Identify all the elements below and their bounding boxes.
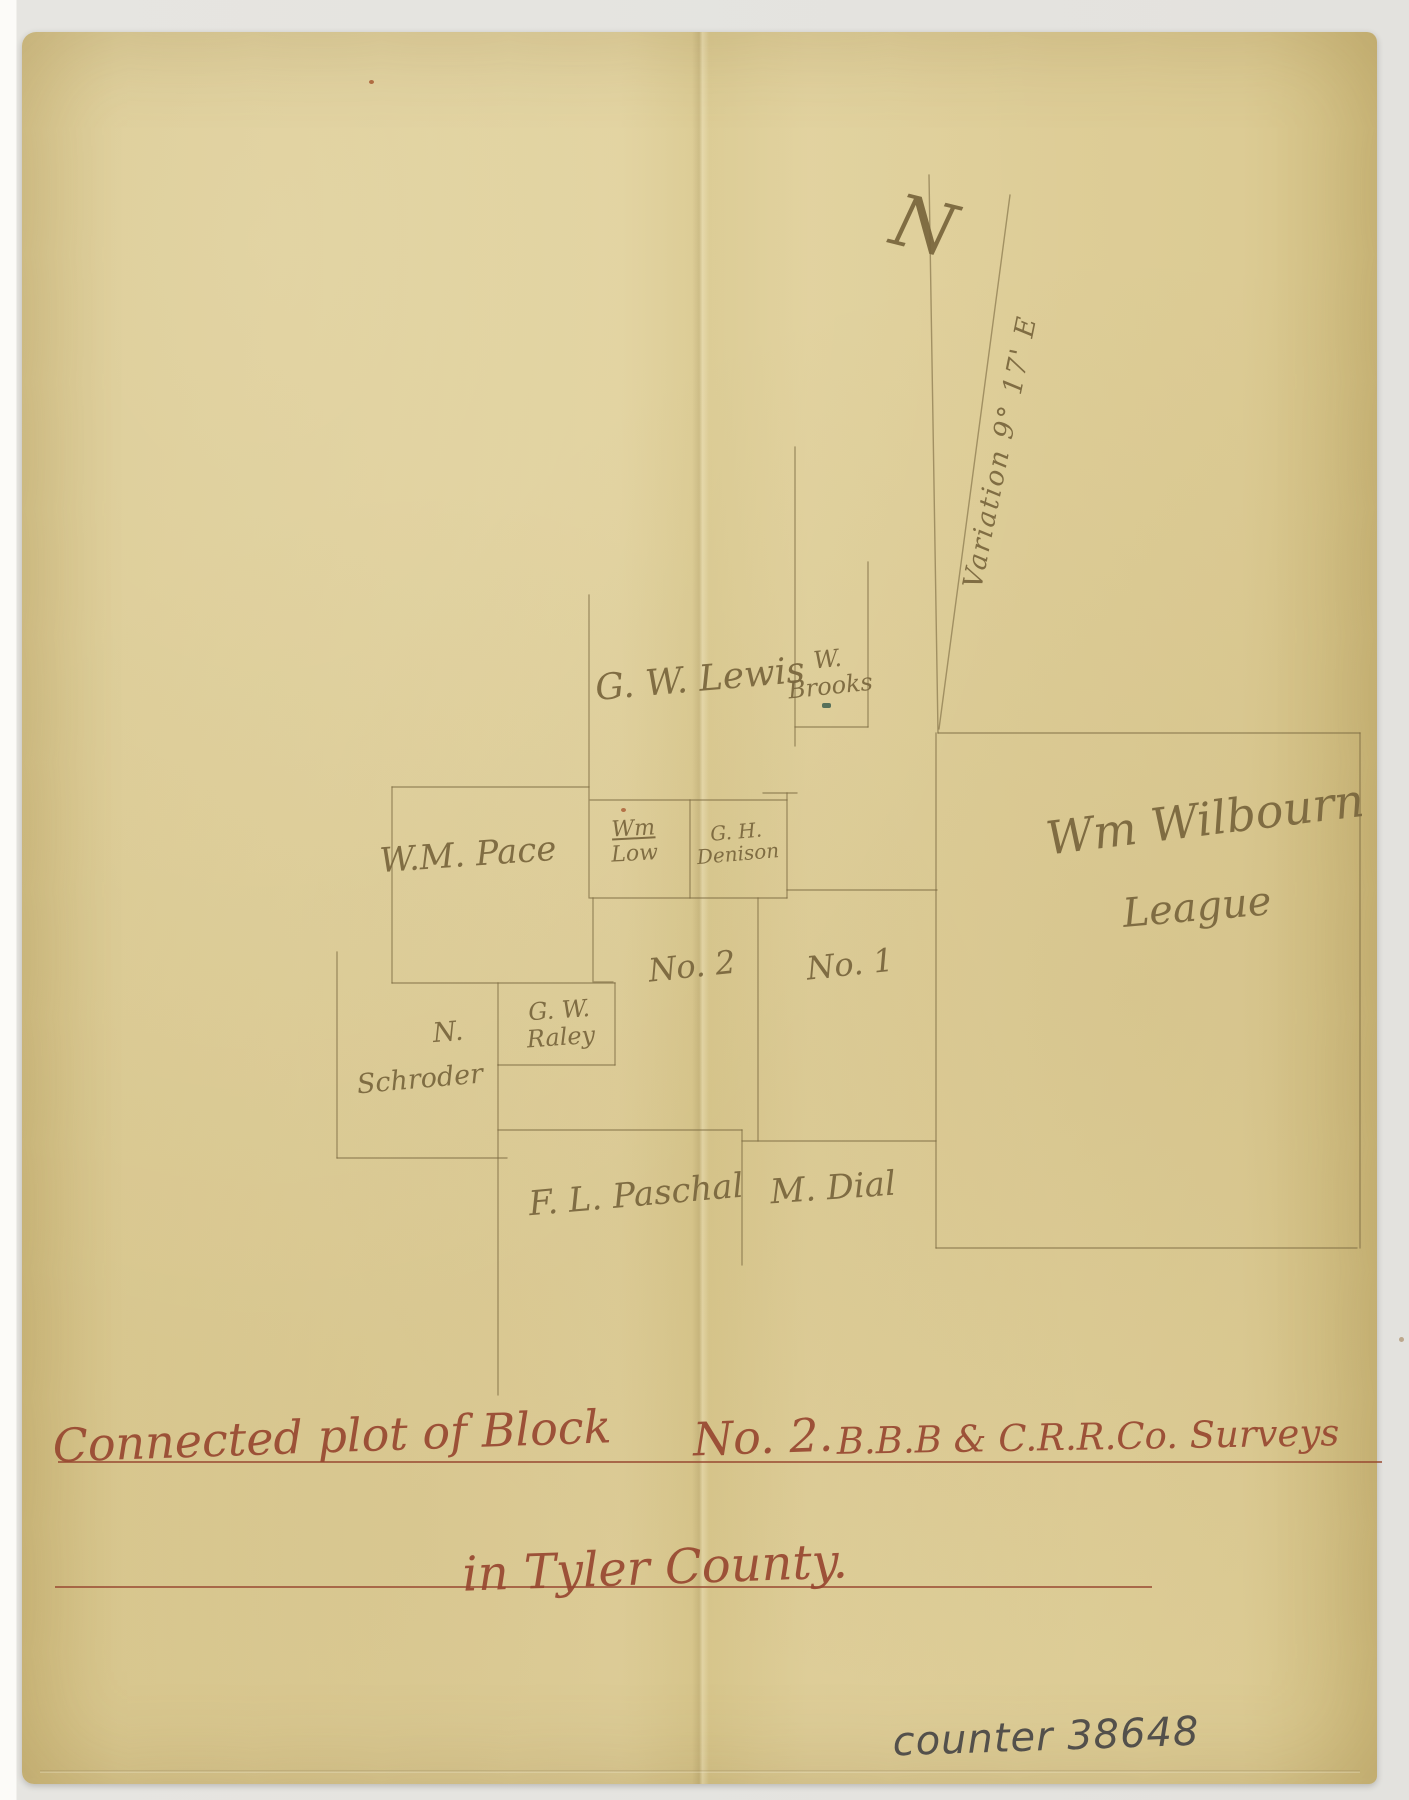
parcel-label-low-line2: Low — [611, 841, 659, 868]
parcel-label-low: Wm Low — [609, 816, 658, 868]
parcel-label-brooks: W. Brooks — [784, 642, 874, 704]
parcel-label-raley: G. W. Raley — [524, 995, 596, 1053]
parcel-label-schroder-line1: N. — [431, 1017, 464, 1050]
caption-part3: B.B.B & C.R.R.Co. Surveys — [836, 1411, 1339, 1463]
parcel-label-low-line1: Wm — [609, 816, 657, 843]
parcel-label-dial: M. Dial — [769, 1165, 897, 1212]
parcel-label-raley-line2: Raley — [526, 1022, 596, 1054]
boundary-block2-west-upper — [593, 898, 613, 982]
caption-part2: No. 2. — [692, 1408, 834, 1467]
parcel-label-denison: G. H. Denison — [694, 817, 780, 869]
scanned-survey-plat: N Variation 9° 17' E G. W. Lewis W. Broo… — [0, 0, 1409, 1800]
